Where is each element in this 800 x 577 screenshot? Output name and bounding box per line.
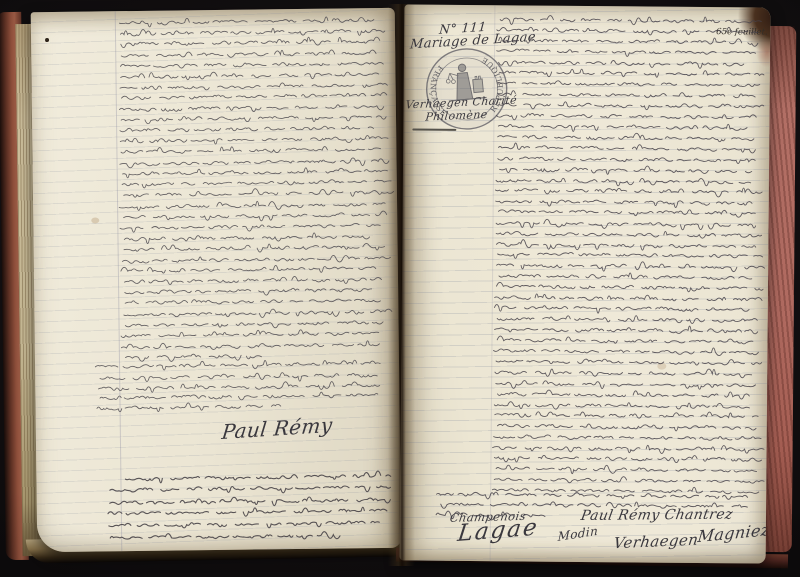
right-page: 65e feuillet. N° 111 Mariage de Lagae RÉ… (400, 4, 771, 563)
handwriting-left-page (31, 8, 402, 552)
handwriting-block-act-opening (107, 471, 391, 542)
handwriting-block-marriage-act (492, 15, 768, 494)
photo-of-open-register-book: Paul Rémy 65e feuillet. N° 111 Mariage d… (0, 0, 800, 577)
signature-paul-remy-chantrez: Paul Rémy Chantrez (580, 507, 735, 524)
handwriting-right-page (400, 4, 771, 563)
signature-verhaegen: Verhaegen (613, 531, 700, 553)
handwriting-block-closing-mention (95, 359, 380, 412)
handwriting-block-judgment-transcription (117, 16, 396, 362)
left-page: Paul Rémy (31, 8, 402, 552)
